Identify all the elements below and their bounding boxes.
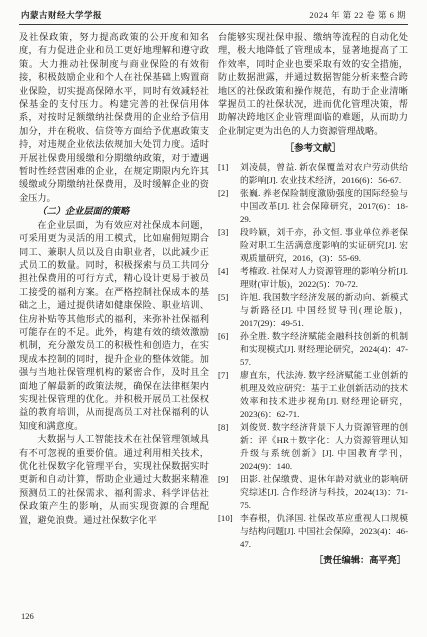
reference-text: 廖直东，代法涛. 数字经济赋能工业创新的机理及效应研究：基于工业创新活动的技术效… <box>240 369 408 421</box>
paragraph-enterprise-strategy: 在企业层面，为有效应对社保成本问题，可采用更为灵活的用工模式，比如雇佣短期合同工… <box>19 219 209 434</box>
reference-text: 考榷政. 社保对人力资源管理的影响分析[J]. 理财(审计版)，2022(5)：… <box>240 265 408 291</box>
reference-text: 李春根，仇泽国. 社保改革应重视人口规模与结构问题[J]. 中国社会保障，202… <box>240 512 408 551</box>
reference-text: 刘凌晨，曾益. 新农保覆盖对农户劳动供给的影响[J]. 农业技术经济，2016(… <box>240 161 408 187</box>
reference-number: [9] <box>218 473 240 512</box>
page-header: 内蒙古财经大学学报 2024 年 第 22 卷 第 6 期 <box>19 9 408 24</box>
reference-item: [3] 段吟颖，刘千亦，孙文恒. 事业单位养老保险对职工生活满意度影响的实证研究… <box>218 226 408 265</box>
reference-item: [8] 刘俊贤. 数字经济背景下人力资源管理的创新：评《HR＋数字化：人力资源管… <box>218 421 408 473</box>
paragraph-bigdata-ai: 大数据与人工智能技术在社保管理领域具有不可忽视的重要价值。通过利用相关技术，优化… <box>19 433 209 527</box>
reference-number: [1] <box>218 161 240 187</box>
reference-number: [4] <box>218 265 240 291</box>
reference-item: [2] 张巍. 养老保险制度激励强度的国际经验与中国改革[J]. 社会保障研究，… <box>218 187 408 226</box>
reference-text: 孙全胜. 数字经济赋能金融科技创新的机制和实现模式[J]. 财经理论研究，202… <box>240 330 408 369</box>
right-column: 台能够实现社保申报、缴纳等流程的自动化处理，极大地降低了管理成本，显著地提高了工… <box>218 31 408 567</box>
reference-number: [2] <box>218 187 240 226</box>
responsible-editor-note: ［责任编辑：高平亮］ <box>218 554 408 567</box>
left-column: 及社保政策，努力提高政策的公开度和知名度，有力促进企业和员工更好地理解和遵守政策… <box>19 31 209 567</box>
page-number: 126 <box>21 611 34 621</box>
reference-item: [9] 田影. 社保缴费、退休年龄对就业的影响研究综述[J]. 合作经济与科技，… <box>218 473 408 512</box>
reference-item: [10] 李春根，仇泽国. 社保改革应重视人口规模与结构问题[J]. 中国社会保… <box>218 512 408 551</box>
references-heading: ［参考文献］ <box>218 143 408 156</box>
reference-text: 段吟颖，刘千亦，孙文恒. 事业单位养老保险对职工生活满意度影响的实证研究[J].… <box>240 226 408 265</box>
section-heading-enterprise-strategy: （二）企业层面的策略 <box>19 205 209 218</box>
header-divider <box>19 24 408 25</box>
reference-item: [7] 廖直东，代法涛. 数字经济赋能工业创新的机理及效应研究：基于工业创新活动… <box>218 369 408 421</box>
reference-item: [6] 孙全胜. 数字经济赋能金融科技创新的机制和实现模式[J]. 财经理论研究… <box>218 330 408 369</box>
reference-text: 田影. 社保缴费、退休年龄对就业的影响研究综述[J]. 合作经济与科技，2024… <box>240 473 408 512</box>
reference-text: 张巍. 养老保险制度激励强度的国际经验与中国改革[J]. 社会保障研究，2017… <box>240 187 408 226</box>
reference-number: [7] <box>218 369 240 421</box>
two-column-body: 及社保政策，努力提高政策的公开度和知名度，有力促进企业和员工更好地理解和遵守政策… <box>19 31 408 567</box>
reference-number: [8] <box>218 421 240 473</box>
journal-title: 内蒙古财经大学学报 <box>21 9 102 21</box>
reference-number: [6] <box>218 330 240 369</box>
reference-number: [5] <box>218 291 240 330</box>
reference-text: 许旭. 我国数字经济发展的新动向、新模式与新路径[J]. 中国经贸导刊(理论版)… <box>240 291 408 330</box>
reference-item: [5] 许旭. 我国数字经济发展的新动向、新模式与新路径[J]. 中国经贸导刊(… <box>218 291 408 330</box>
journal-page: 内蒙古财经大学学报 2024 年 第 22 卷 第 6 期 及社保政策，努力提高… <box>0 0 427 637</box>
issue-info: 2024 年 第 22 卷 第 6 期 <box>309 9 406 21</box>
reference-text: 刘俊贤. 数字经济背景下人力资源管理的创新：评《HR＋数字化：人力资源管理认知升… <box>240 421 408 473</box>
reference-number: [10] <box>218 512 240 551</box>
reference-number: [3] <box>218 226 240 265</box>
paragraph-bigdata-ai-continued: 台能够实现社保申报、缴纳等流程的自动化处理，极大地降低了管理成本，显著地提高了工… <box>218 31 408 138</box>
paragraph-continued: 及社保政策，努力提高政策的公开度和知名度，有力促进企业和员工更好地理解和遵守政策… <box>19 31 209 205</box>
reference-item: [1] 刘凌晨，曾益. 新农保覆盖对农户劳动供给的影响[J]. 农业技术经济，2… <box>218 161 408 187</box>
reference-item: [4] 考榷政. 社保对人力资源管理的影响分析[J]. 理财(审计版)，2022… <box>218 265 408 291</box>
